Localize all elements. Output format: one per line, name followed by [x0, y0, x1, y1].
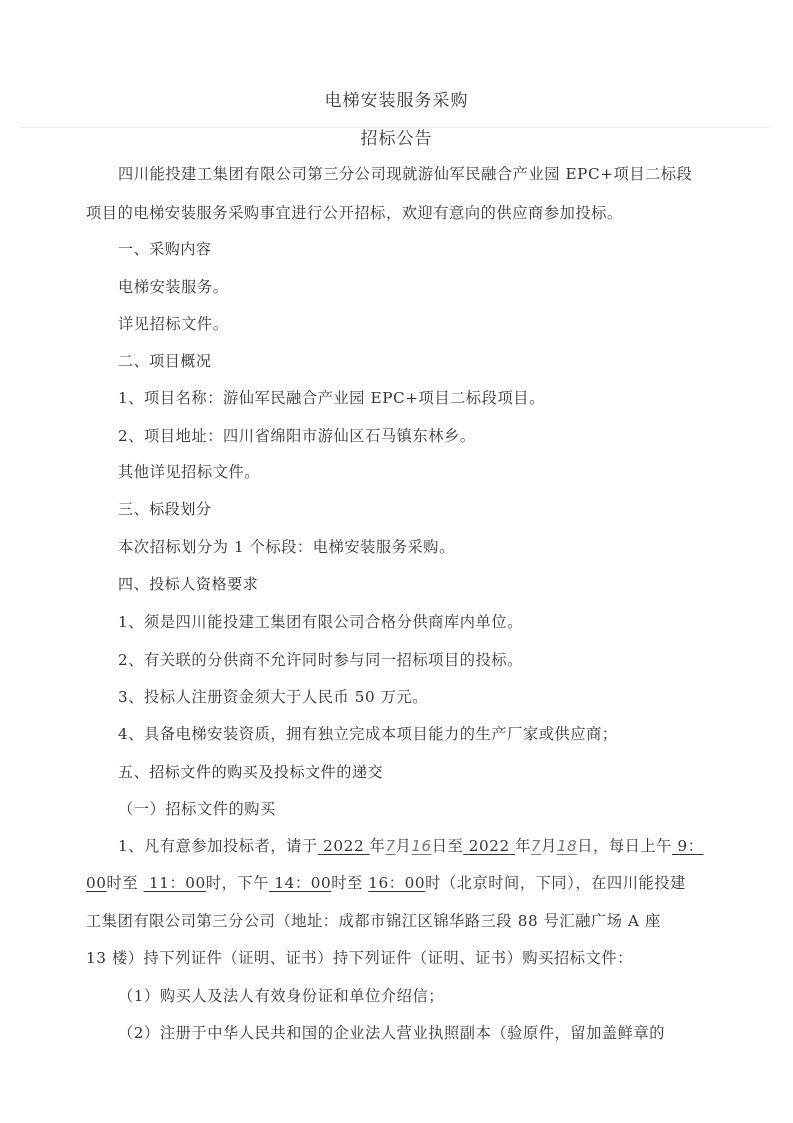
section-heading-project-overview: 二、项目概况 — [118, 350, 212, 371]
section-heading-purchase-content: 一、采购内容 — [118, 238, 212, 259]
day-label: 日至 — [432, 837, 464, 855]
document-title: 电梯安装服务采购 — [0, 86, 793, 111]
end-year: 2022 — [463, 837, 515, 855]
pm-end-time: 16：00 — [368, 874, 425, 892]
am-end-time: 11：00 — [144, 874, 206, 892]
required-document-item: （1）购买人及法人有效身份证和单位介绍信； — [118, 985, 444, 1006]
year-label: 年 — [370, 837, 386, 855]
end-day-label: 日，每日上午 — [577, 837, 672, 855]
purchase-schedule-line-2: 00时至 11：00时，下午 14：00时至 16：00时（北京时间，下同），在… — [86, 872, 686, 893]
document-subtitle: 招标公告 — [0, 124, 793, 149]
section-4-item: 3、投标人注册资金须大于人民币 50 万元。 — [118, 686, 428, 707]
section-2-item: 2、项目地址：四川省绵阳市游仙区石马镇东林乡。 — [118, 425, 476, 446]
month-label: 月 — [541, 837, 557, 855]
start-day-handwritten: 16 — [411, 837, 431, 855]
section-2-item: 1、项目名称：游仙军民融合产业园 EPC+项目二标段项目。 — [118, 387, 545, 408]
am-start-time-b: 00 — [86, 874, 107, 892]
section-4-item: 1、须是四川能投建工集团有限公司合格分供商库内单位。 — [118, 611, 523, 632]
section-3-item: 本次招标划分为 1 个标段：电梯安装服务采购。 — [118, 536, 455, 557]
start-year: 2022 — [318, 837, 370, 855]
to-label: 时至 — [107, 874, 139, 892]
required-document-item: （2）注册于中华人民共和国的企业法人营业执照副本（验原件，留加盖鲜章的 — [118, 1022, 665, 1043]
section-1-item: 详见招标文件。 — [118, 313, 229, 334]
section-2-item: 其他详见招标文件。 — [118, 461, 260, 482]
section-4-item: 2、有关联的分供商不允许同时参与同一招标项目的投标。 — [118, 649, 523, 670]
subsection-heading-document-purchase: （一）招标文件的购买 — [118, 798, 276, 819]
section-heading-bidder-qualifications: 四、投标人资格要求 — [118, 573, 258, 594]
pm-label: 时，下午 — [206, 874, 269, 892]
am-start-time-a: 9： — [672, 837, 704, 855]
year-label: 年 — [515, 837, 531, 855]
purchase-address-line: 工集团有限公司第三分公司（地址：成都市锦江区锦华路三段 88 号汇融广场 A 座 — [86, 910, 661, 931]
purchase-prefix: 1、凡有意参加投标者，请于 — [118, 837, 318, 855]
purchase-schedule-line-1: 1、凡有意参加投标者，请于 2022 年7月16日至 2022 年7月18日，每… — [118, 835, 704, 856]
end-month-handwritten: 7 — [531, 837, 541, 855]
after-time-text: 时（北京时间，下同），在四川能投建 — [425, 874, 686, 892]
section-4-item: 4、具备电梯安装资质，拥有独立完成本项目能力的生产厂家或供应商； — [118, 723, 618, 744]
pm-start-time: 14：00 — [269, 874, 331, 892]
section-heading-document-purchase-and-submission: 五、招标文件的购买及投标文件的递交 — [118, 761, 383, 782]
to-label: 时至 — [331, 874, 363, 892]
document-page: 电梯安装服务采购 招标公告 四川能投建工集团有限公司第三分公司现就游仙军民融合产… — [0, 0, 793, 1123]
intro-line-2: 项目的电梯安装服务采购事宜进行公开招标，欢迎有意向的供应商参加投标。 — [86, 202, 623, 223]
start-month-handwritten: 7 — [385, 837, 395, 855]
purchase-documents-line: 13 楼）持下列证件（证明、证书）持下列证件（证明、证书）购买招标文件： — [86, 947, 633, 968]
section-heading-lot-division: 三、标段划分 — [118, 498, 212, 519]
intro-line-1: 四川能投建工集团有限公司第三分公司现就游仙军民融合产业园 EPC+项目二标段 — [118, 163, 692, 184]
month-label: 月 — [396, 837, 412, 855]
section-1-item: 电梯安装服务。 — [118, 276, 229, 297]
end-day-handwritten: 18 — [557, 837, 577, 855]
